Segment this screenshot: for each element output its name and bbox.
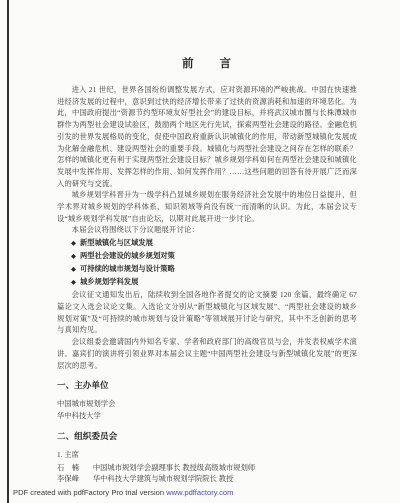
organizer-item: 华中科技大学 [57, 410, 357, 422]
pdf-footer-text: PDF created with pdfFactory Pro trial ve… [13, 488, 166, 497]
list-item: ◆可持续的城市规划与设计策略 [71, 263, 357, 276]
pdffactory-link[interactable]: www.pdffactory.com [166, 488, 233, 497]
paragraph-papers: 会议征文通知发出后，陆续收到全国各地作者提交的论文摘要 120 余篇，最终确定 … [57, 289, 357, 336]
page-title: 前 言 [57, 55, 357, 71]
chair-name: 石 楠 [57, 462, 84, 474]
paragraph-speakers: 会议组委会邀请国内外知名专家、学者和政府部门的高级官员与会，并发表权威学术演讲。… [57, 336, 357, 371]
topics-list: ◆新型城镇化与区域发展 ◆两型社会建设的城乡规划对策 ◆可持续的城市规划与设计策… [57, 237, 357, 288]
page-content: 前 言 进入 21 世纪，世界各国纷纷调整发展方式，应对资源环境的严峻挑战。中国… [57, 0, 357, 485]
committee-subheading: 1. 主席 [57, 449, 357, 461]
chair-name: 李保峰 [57, 473, 84, 485]
list-item: ◆新型城镇化与区域发展 [71, 237, 357, 250]
paragraph-background: 进入 21 世纪，世界各国纷纷调整发展方式，应对资源环境的严峻挑战。中国在快速推… [57, 84, 357, 189]
paragraph-discipline: 城乡规划学科晋升为一级学科凸显城乡规划在服务经济社会发展中的地位日益提升，但学术… [57, 189, 357, 224]
diamond-bullet-icon: ◆ [71, 253, 76, 260]
document-page: 前 言 进入 21 世纪，世界各国纷纷调整发展方式，应对资源环境的严峻挑战。中国… [0, 0, 400, 503]
topic-label: 两型社会建设的城乡规划对策 [80, 251, 175, 260]
pdf-footer: PDF created with pdfFactory Pro trial ve… [13, 488, 233, 497]
chair-title: 中国城市规划学会副理事长 教授级高级城市规划师 [93, 463, 255, 472]
topic-label: 城乡规划学科发展 [80, 277, 138, 286]
topic-label: 新型城镇化与区域发展 [80, 238, 153, 247]
page-edge-line [7, 0, 9, 503]
organizer-item: 中国城市规划学会 [57, 398, 357, 410]
topics-intro: 本届会议将围绕以下分议题展开讨论： [57, 224, 357, 236]
chair-title: 华中科技大学建筑与城市规划学院院长 教授 [93, 474, 233, 483]
list-item: ◆两型社会建设的城乡规划对策 [71, 250, 357, 263]
section-heading-organizers: 一、主办单位 [57, 379, 357, 391]
diamond-bullet-icon: ◆ [71, 279, 76, 286]
committee-chair-row: 石 楠 中国城市规划学会副理事长 教授级高级城市规划师 [57, 462, 357, 474]
topic-label: 可持续的城市规划与设计策略 [80, 264, 175, 273]
list-item: ◆城乡规划学科发展 [71, 276, 357, 289]
committee-chair-row: 李保峰 华中科技大学建筑与城市规划学院院长 教授 [57, 473, 357, 485]
diamond-bullet-icon: ◆ [71, 240, 76, 247]
section-heading-committee: 二、组织委员会 [57, 430, 357, 442]
diamond-bullet-icon: ◆ [71, 266, 76, 273]
